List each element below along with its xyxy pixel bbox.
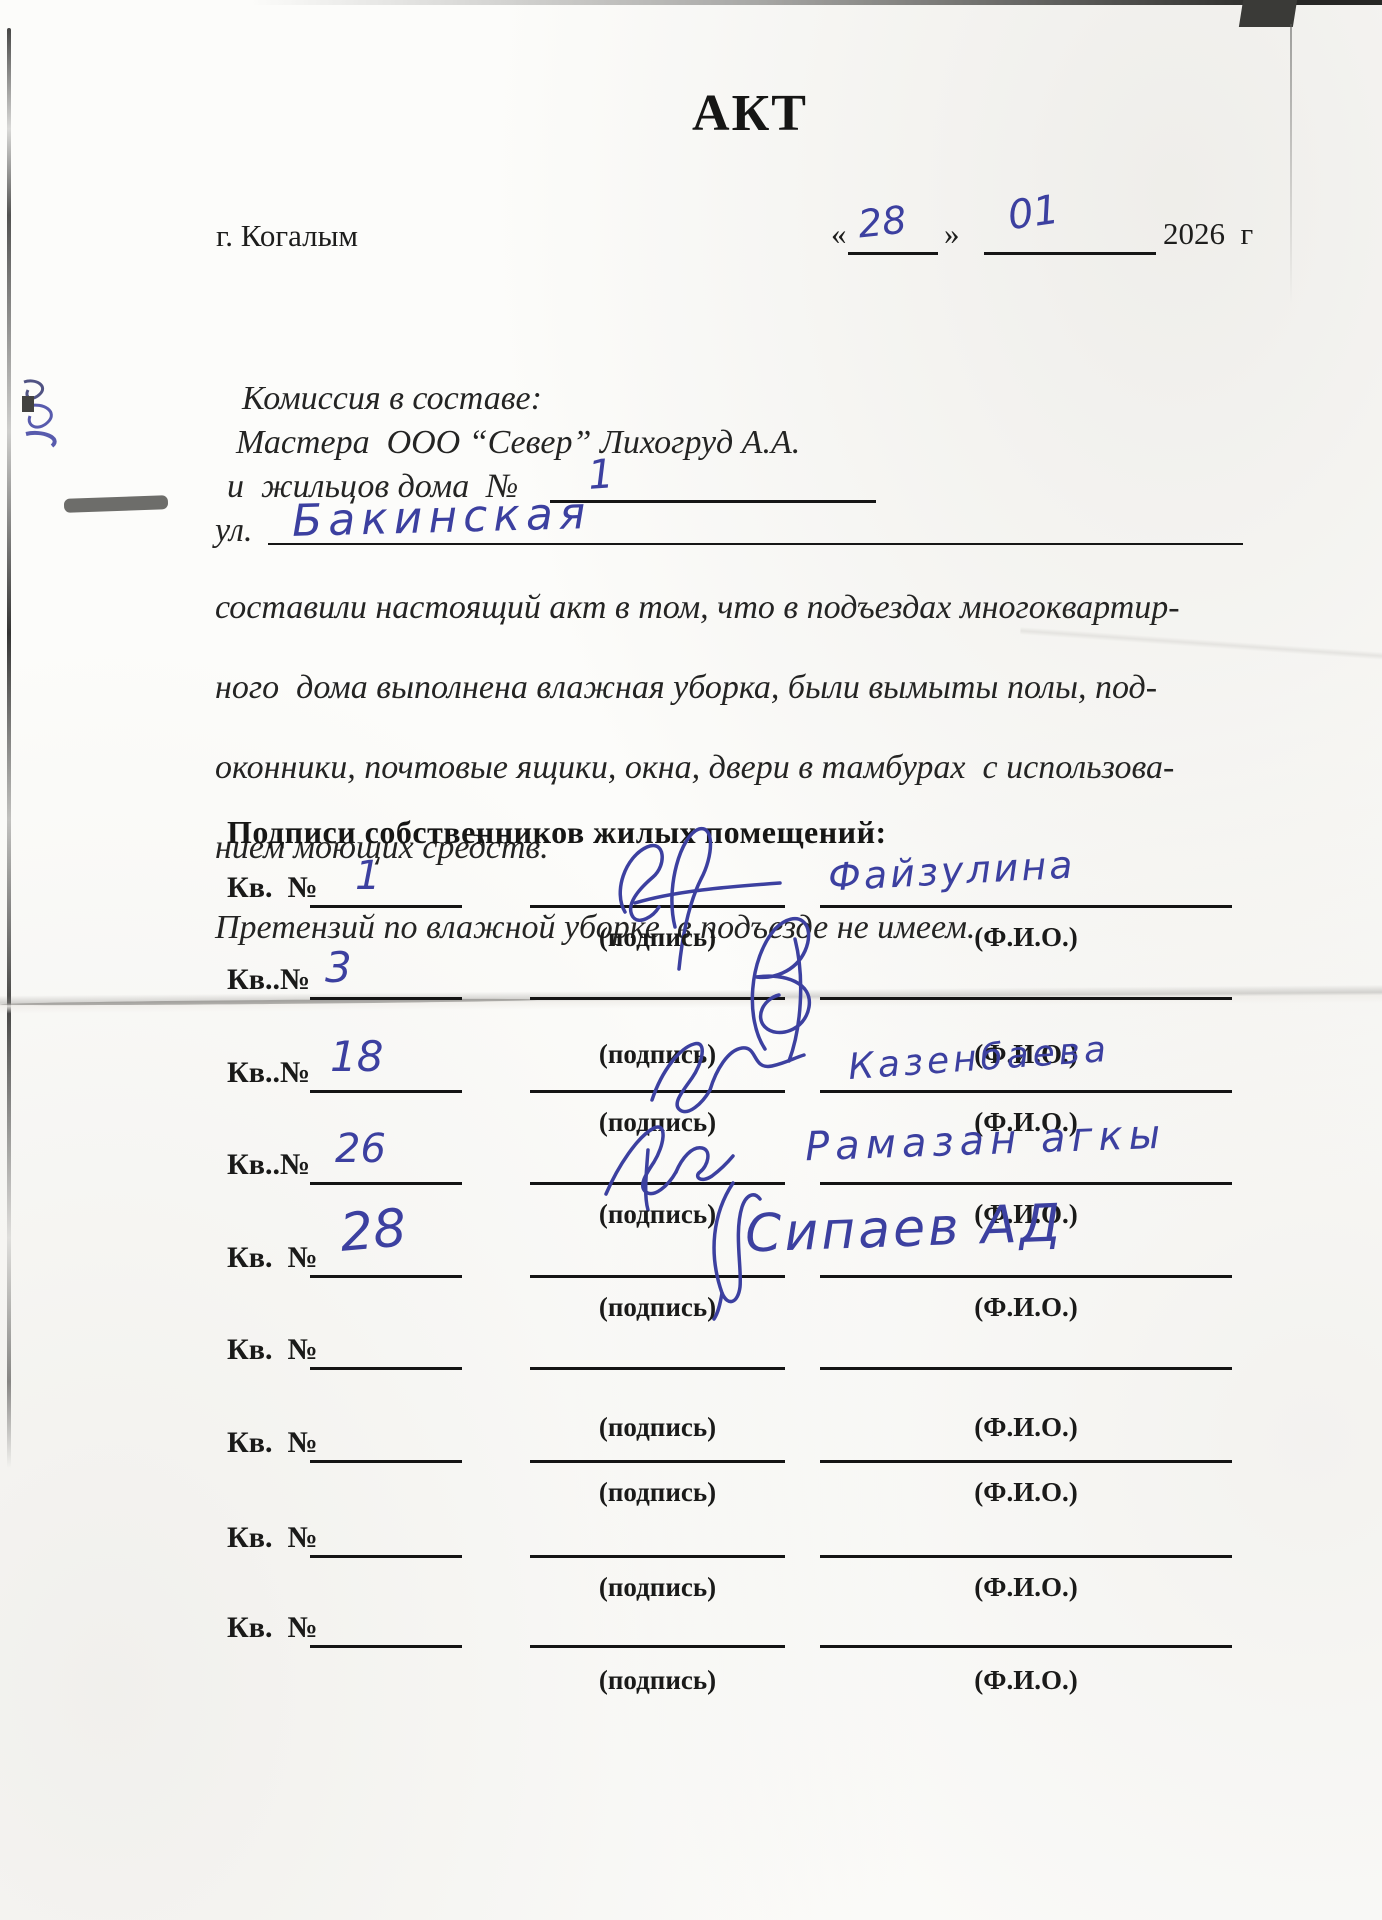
fio-line bbox=[820, 1645, 1232, 1648]
apartment-number-handwritten: 26 bbox=[335, 1126, 386, 1172]
apartment-number-line bbox=[310, 1090, 462, 1093]
date-open-quote: « bbox=[831, 216, 847, 252]
fio-caption: (Ф.И.О.) bbox=[820, 1477, 1232, 1508]
street-name-handwritten: Бакинская bbox=[291, 488, 592, 547]
fio-handwritten: Сипаев АД bbox=[744, 1193, 1064, 1264]
apartment-number-line bbox=[310, 905, 462, 908]
apartment-label: Кв..№ bbox=[227, 963, 310, 997]
fio-line bbox=[820, 997, 1232, 1000]
body-line: ного дома выполнена влажная уборка, были… bbox=[215, 666, 1215, 710]
fio-line bbox=[820, 1182, 1232, 1185]
apartment-number-handwritten: 18 bbox=[330, 1032, 383, 1081]
apartment-label: Кв. № bbox=[227, 1241, 318, 1275]
fio-line bbox=[820, 1555, 1232, 1558]
signature-caption: (подпись) bbox=[530, 1477, 785, 1508]
date-year: 2026 г bbox=[1163, 216, 1253, 252]
ink-smudge bbox=[18, 372, 82, 454]
signature-caption: (подпись) bbox=[530, 1292, 785, 1323]
body-line: составили настоящий акт в том, что в под… bbox=[215, 586, 1215, 630]
apartment-number-line bbox=[310, 1182, 462, 1185]
signature-caption: (подпись) bbox=[530, 922, 785, 953]
city-label: г. Когалым bbox=[216, 218, 358, 254]
apartment-label: Кв..№ bbox=[227, 1148, 310, 1182]
body-line: оконники, почтовые ящики, окна, двери в … bbox=[215, 746, 1215, 790]
signature-caption: (подпись) bbox=[530, 1107, 785, 1138]
scan-top-edge bbox=[250, 0, 1382, 5]
apartment-label: Кв. № bbox=[227, 871, 318, 905]
commission-master-line: Мастера ООО “Север” Лихогруд А.А. bbox=[236, 424, 800, 462]
signature-line bbox=[530, 1555, 785, 1558]
date-day-handwritten: 28 bbox=[856, 198, 909, 247]
apartment-number-line bbox=[310, 1645, 462, 1648]
signature-caption: (подпись) bbox=[530, 1665, 785, 1696]
date-close-quote: » bbox=[944, 216, 960, 252]
scan-corner-mark bbox=[1239, 0, 1297, 27]
signature-line bbox=[530, 1645, 785, 1648]
apartment-number-line bbox=[310, 997, 462, 1000]
signature-line bbox=[530, 997, 785, 1000]
apartment-number-line bbox=[310, 1367, 462, 1370]
signature-caption: (подпись) bbox=[530, 1039, 785, 1070]
signature-caption: (подпись) bbox=[530, 1412, 785, 1443]
signature-line bbox=[530, 1460, 785, 1463]
fio-line bbox=[820, 1275, 1232, 1278]
document-title: АКТ bbox=[650, 84, 850, 143]
signature-line bbox=[530, 1090, 785, 1093]
street-blank bbox=[268, 543, 1243, 545]
fio-caption: (Ф.И.О.) bbox=[820, 1292, 1232, 1323]
house-number-handwritten: 1 bbox=[586, 451, 615, 499]
apartment-label: Кв. № bbox=[227, 1426, 318, 1460]
fio-handwritten: Казенбаева bbox=[847, 1029, 1111, 1088]
scan-left-edge-line bbox=[7, 28, 11, 1468]
date-day-blank bbox=[848, 252, 938, 255]
fio-line bbox=[820, 905, 1232, 908]
fio-caption: (Ф.И.О.) bbox=[820, 1665, 1232, 1696]
apartment-label: Кв..№ bbox=[227, 1056, 310, 1090]
date-month-handwritten: 01 bbox=[1005, 187, 1062, 240]
signature-line bbox=[530, 1275, 785, 1278]
scanned-act-document: АКТ г. Когалым « 28 » 01 2026 г Комиссия… bbox=[0, 0, 1382, 1920]
apartment-label: Кв. № bbox=[227, 1611, 318, 1645]
scan-smudge bbox=[64, 495, 168, 513]
house-number-blank bbox=[550, 500, 876, 503]
fio-caption: (Ф.И.О.) bbox=[820, 922, 1232, 953]
signature-line bbox=[530, 905, 785, 908]
signatures-section-header: Подписи собственников жилых помещений: bbox=[227, 814, 887, 851]
apartment-label: Кв. № bbox=[227, 1333, 318, 1367]
apartment-label: Кв. № bbox=[227, 1521, 318, 1555]
apartment-number-line bbox=[310, 1460, 462, 1463]
fio-line bbox=[820, 1367, 1232, 1370]
signature-line bbox=[530, 1182, 785, 1185]
signature-line bbox=[530, 1367, 785, 1370]
street-prefix: ул. bbox=[215, 512, 253, 550]
apartment-number-line bbox=[310, 1555, 462, 1558]
commission-heading: Комиссия в составе: bbox=[242, 380, 542, 418]
fio-line bbox=[820, 1090, 1232, 1093]
apartment-number-handwritten: 3 bbox=[325, 943, 352, 992]
fio-caption: (Ф.И.О.) bbox=[820, 1572, 1232, 1603]
apartment-number-handwritten: 1 bbox=[355, 853, 380, 899]
date-month-blank bbox=[984, 252, 1156, 255]
fio-line bbox=[820, 1460, 1232, 1463]
apartment-number-handwritten: 28 bbox=[338, 1198, 409, 1264]
fio-caption: (Ф.И.О.) bbox=[820, 1412, 1232, 1443]
scan-right-edge-line bbox=[1290, 24, 1292, 304]
body-paragraph: составили настоящий акт в том, что в под… bbox=[215, 550, 1215, 986]
apartment-number-line bbox=[310, 1275, 462, 1278]
signature-caption: (подпись) bbox=[530, 1572, 785, 1603]
